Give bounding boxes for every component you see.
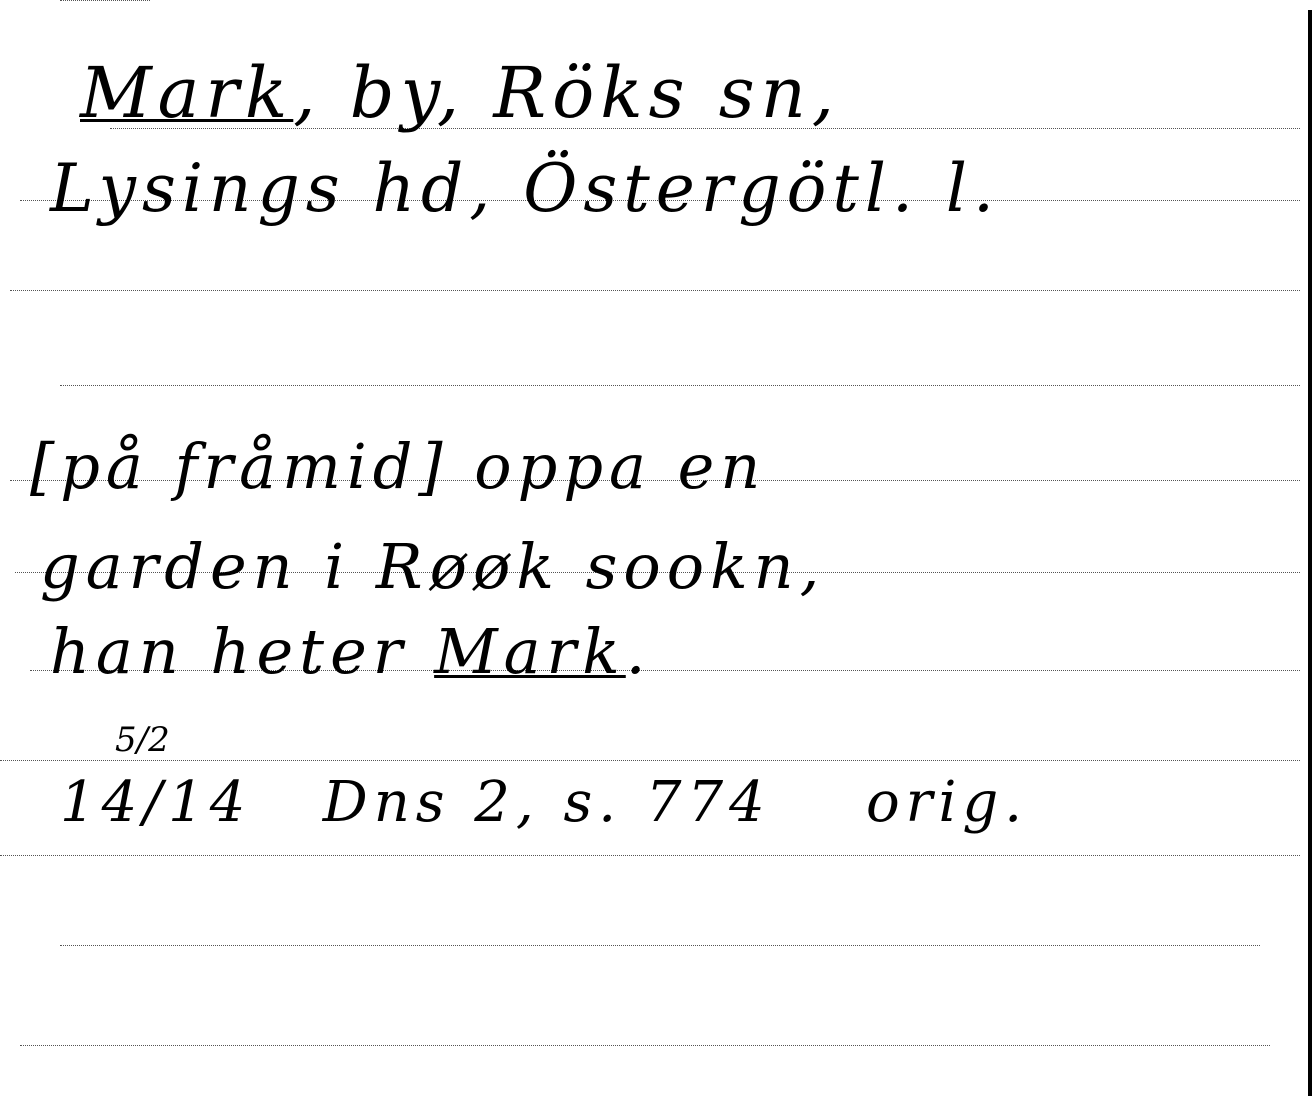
ruled-line bbox=[10, 290, 1300, 291]
body-line-2: garden i Røøk sookn, bbox=[40, 530, 825, 603]
ruled-line bbox=[20, 1045, 1270, 1046]
source-reference: Dns 2, s. 774 bbox=[323, 770, 771, 835]
body-line-3: han heter Mark. bbox=[50, 615, 651, 688]
card-edge bbox=[1308, 10, 1312, 1096]
ruled-line bbox=[0, 760, 1300, 761]
source-line: 14/14 Dns 2, s. 774 orig. bbox=[60, 770, 1028, 835]
ruled-line bbox=[60, 385, 1300, 386]
ruled-line bbox=[60, 945, 1260, 946]
source-note: orig. bbox=[866, 770, 1028, 835]
body-line-1: [på fråmid] oppa en bbox=[30, 430, 766, 503]
body-line-3-suffix: . bbox=[626, 615, 652, 688]
heading-place: , by, Röks sn, bbox=[293, 52, 840, 134]
body-line-3-prefix: han heter bbox=[50, 615, 434, 688]
heading-line-2: Lysings hd, Östergötl. l. bbox=[50, 150, 1000, 227]
ruled-line bbox=[60, 0, 150, 1]
body-headword: Mark bbox=[434, 615, 626, 688]
headword: Mark bbox=[80, 52, 293, 134]
heading-line-1: Mark, by, Röks sn, bbox=[80, 52, 840, 134]
source-date: 14/14 bbox=[60, 770, 251, 835]
date-fraction: 5/2 bbox=[115, 720, 170, 760]
archive-card: Mark, by, Röks sn, Lysings hd, Östergötl… bbox=[0, 0, 1316, 1096]
ruled-line bbox=[0, 855, 1300, 856]
